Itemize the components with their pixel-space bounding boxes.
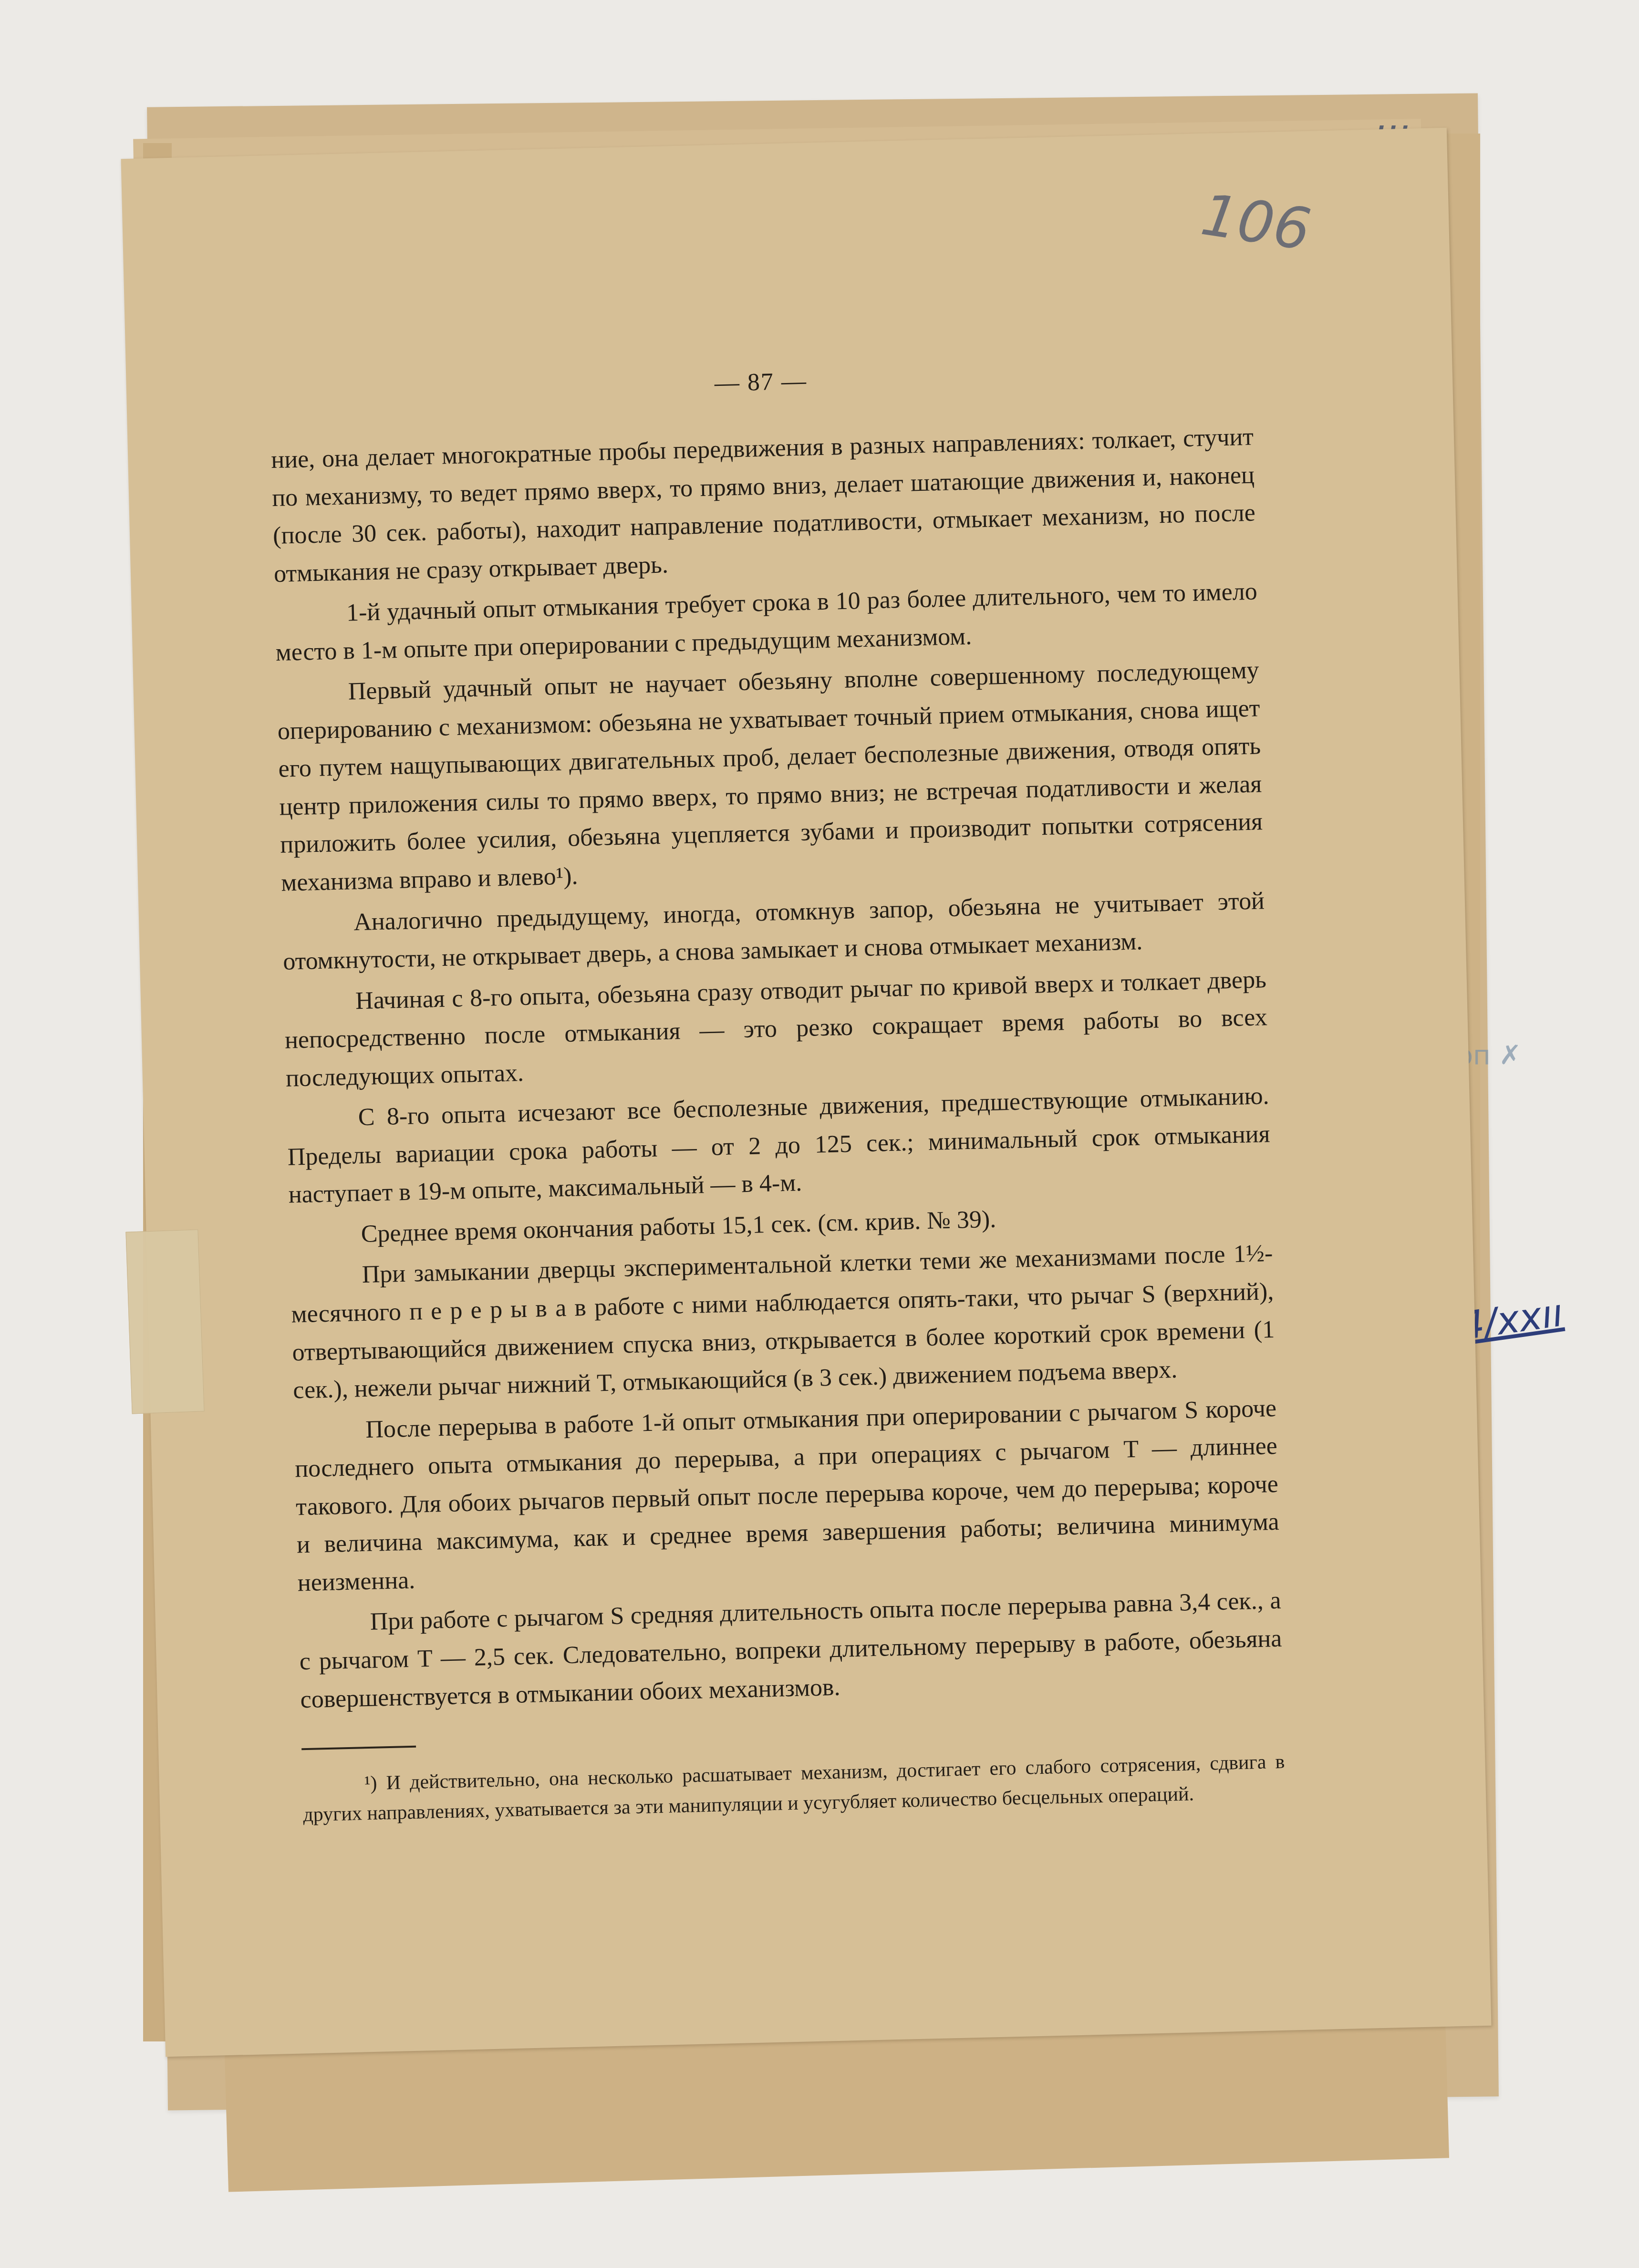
paragraph: После перерыва в работе 1-й опыт отмыкан… [294,1389,1281,1602]
footnote: ¹) И действительно, она несколько расшат… [302,1747,1286,1830]
page-number: — 87 — [269,357,1252,408]
paragraph: Первый удачный опыт не научает обезьяну … [276,652,1264,902]
adhesive-tape-strip [125,1229,204,1414]
paragraph: При работе с рычагом S средняя длительно… [298,1582,1283,1719]
footnote-divider [301,1746,416,1750]
handwritten-folio-number: 106 [1197,182,1315,264]
page-content: — 87 — ние, она делает многократные проб… [269,357,1286,1851]
paragraph: Начиная с 8-го опыта, обезьяна сразу отв… [283,961,1268,1098]
paragraph: С 8-го опыта исчезают все бесполезные дв… [286,1077,1271,1214]
paragraph: При замыкании дверцы экспериментальной к… [290,1235,1276,1410]
document-page: 106 — 87 — ние, она делает многократные … [121,128,1492,2057]
paragraph: ние, она делает многократные пробы перед… [271,418,1257,593]
